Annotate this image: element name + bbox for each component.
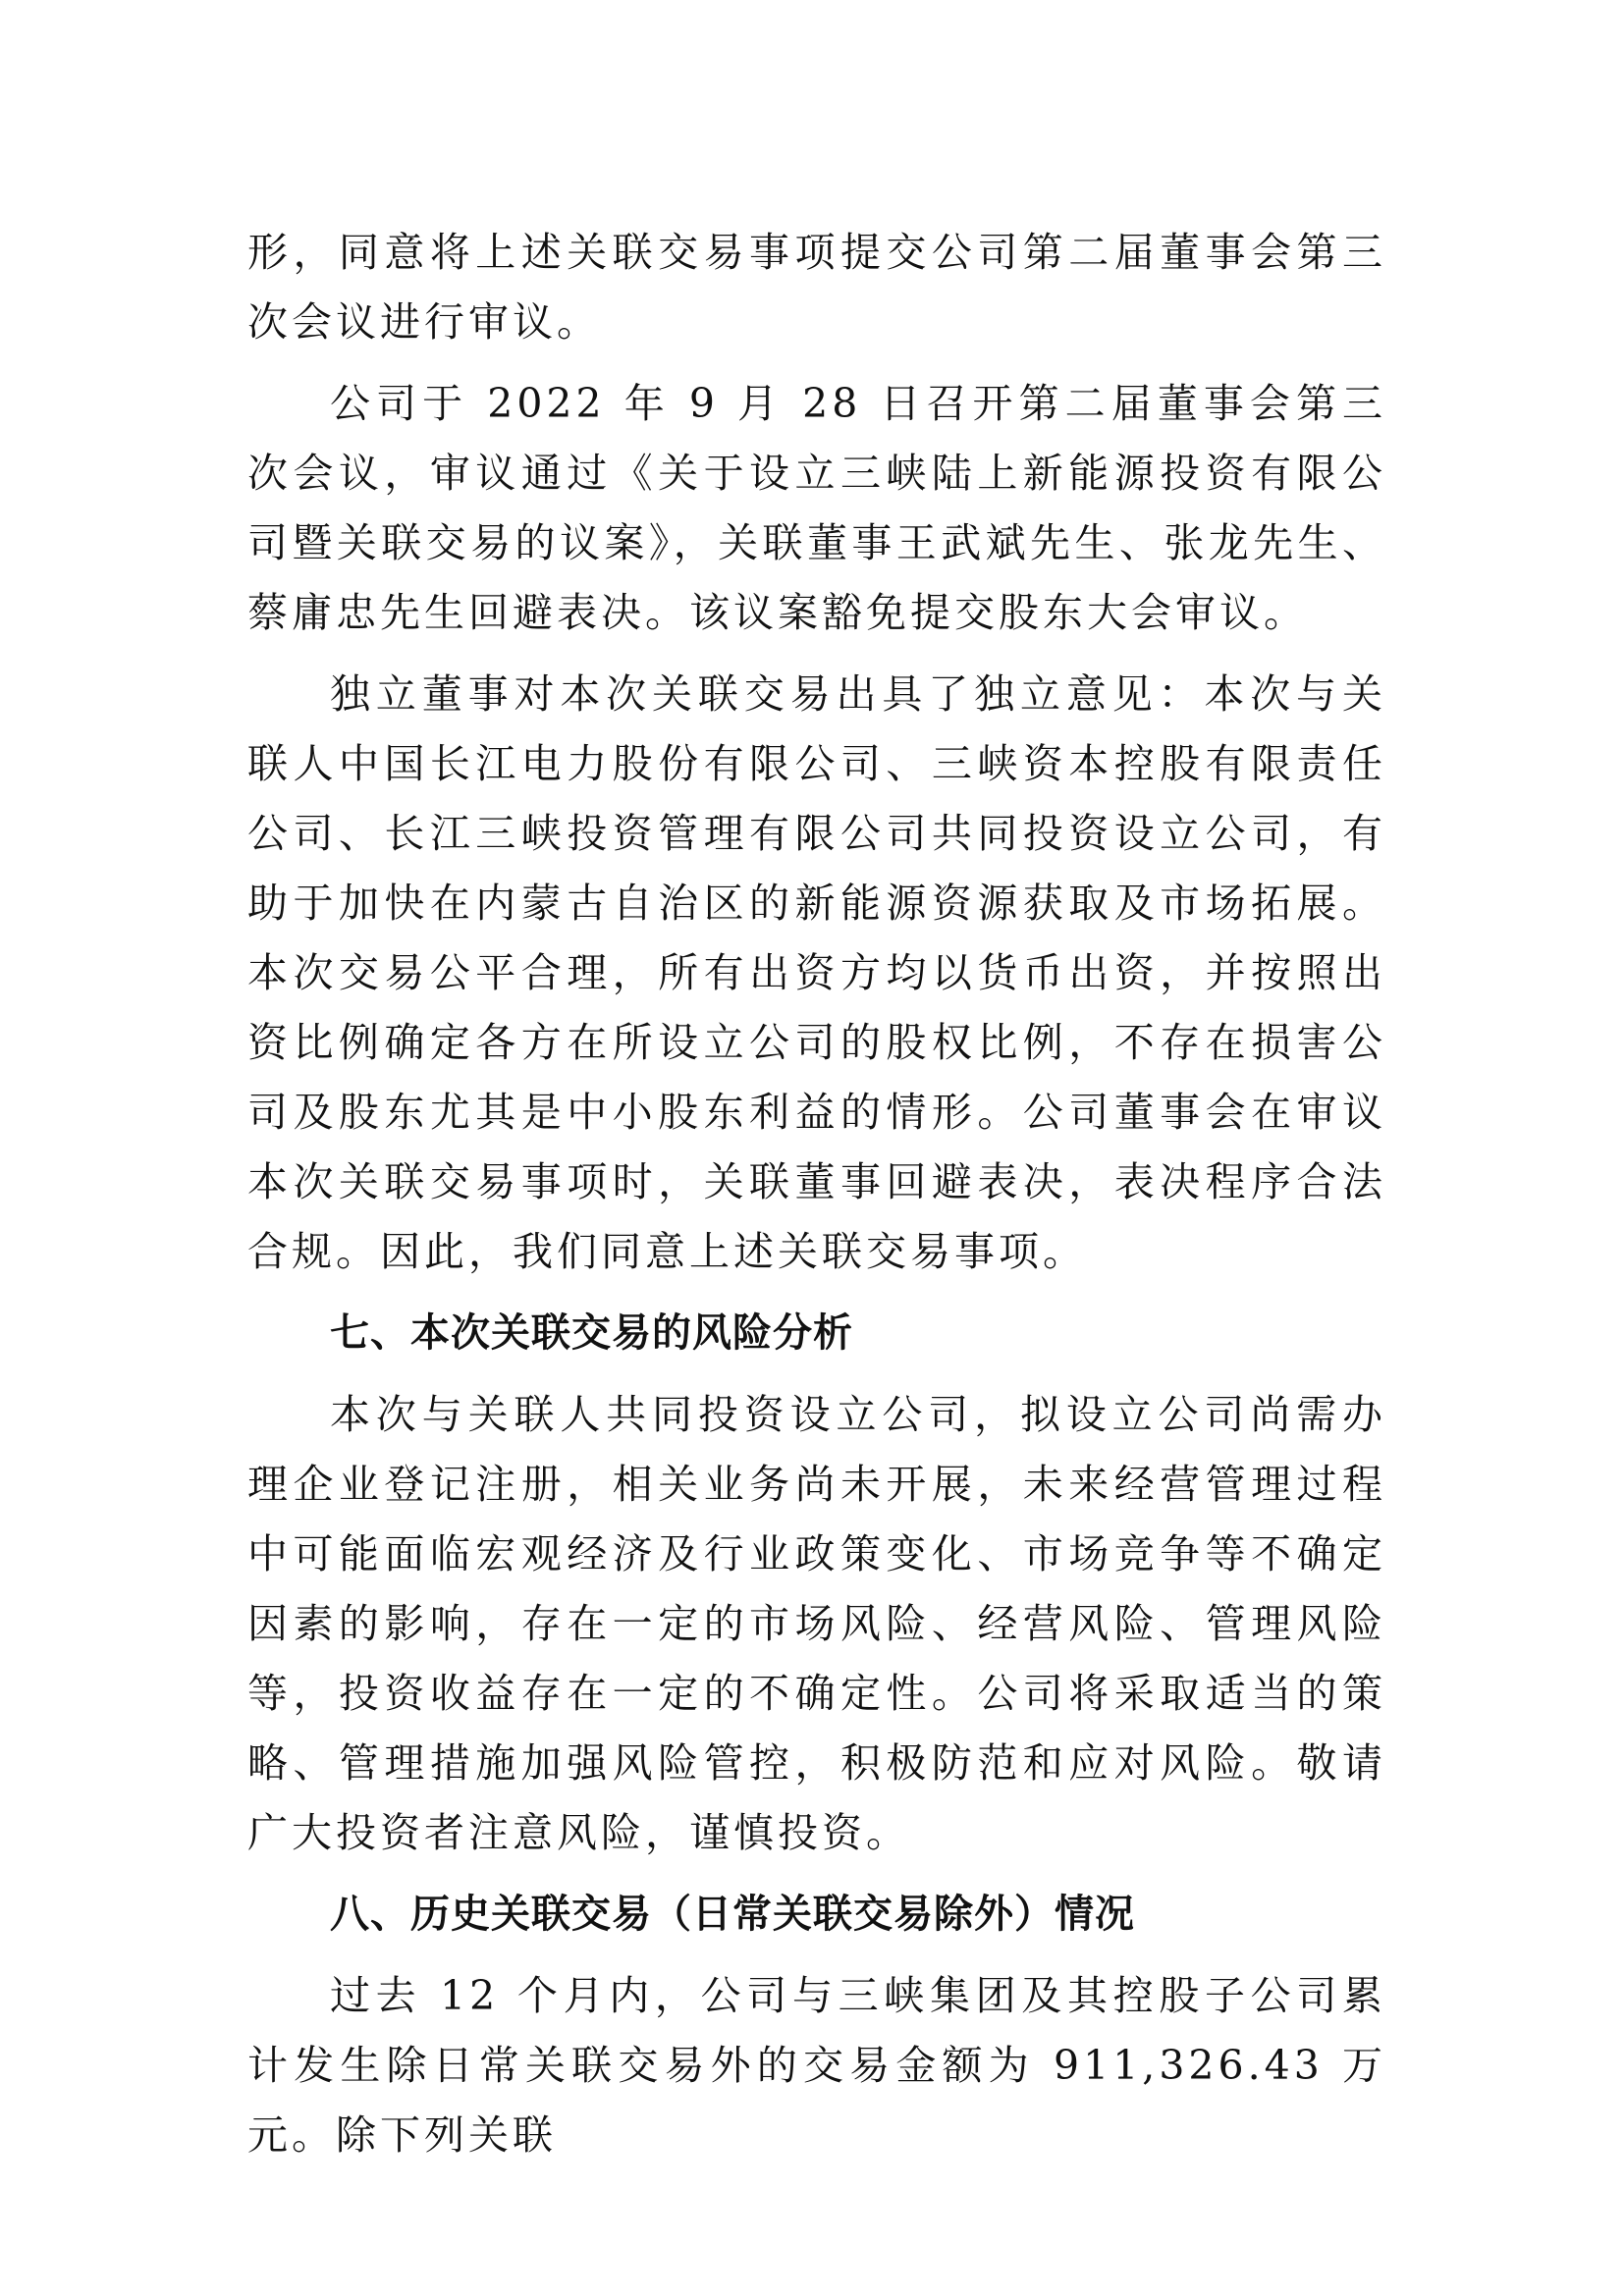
paragraph-continuation: 形，同意将上述关联交易事项提交公司第二届董事会第三次会议进行审议。: [247, 218, 1386, 357]
document-page: 形，同意将上述关联交易事项提交公司第二届董事会第三次会议进行审议。 公司于 20…: [247, 218, 1386, 2182]
paragraph-independent-opinion: 独立董事对本次关联交易出具了独立意见：本次与关联人中国长江电力股份有限公司、三峡…: [247, 660, 1386, 1287]
section-heading-historical-transactions: 八、历史关联交易（日常关联交易除外）情况: [247, 1880, 1386, 1949]
paragraph-risk-analysis: 本次与关联人共同投资设立公司，拟设立公司尚需办理企业登记注册，相关业务尚未开展，…: [247, 1380, 1386, 1868]
paragraph-historical-transactions: 过去 12 个月内，公司与三峡集团及其控股子公司累计发生除日常关联交易外的交易金…: [247, 1961, 1386, 2170]
section-heading-risk-analysis: 七、本次关联交易的风险分析: [247, 1299, 1386, 1368]
paragraph-board-meeting: 公司于 2022 年 9 月 28 日召开第二届董事会第三次会议，审议通过《关于…: [247, 369, 1386, 648]
